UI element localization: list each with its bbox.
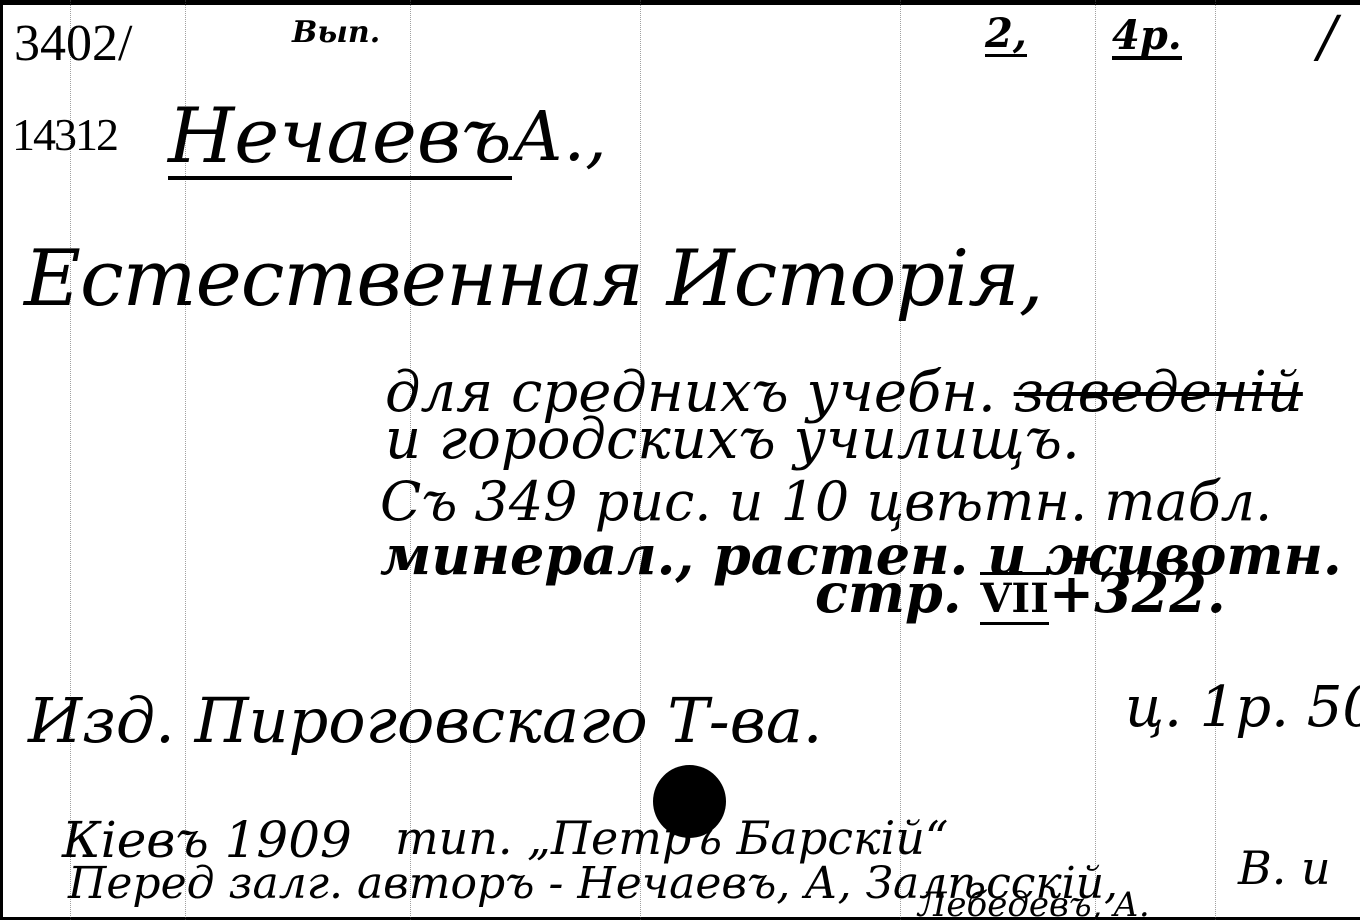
price: ц. 1р. 50к.	[1125, 680, 1360, 736]
card-left-edge	[0, 0, 3, 920]
subtitle-line-3: Съ 349 рис. и 10 цвѣтн. табл.	[380, 475, 1272, 529]
page-count-suffix: +322.	[1049, 561, 1226, 625]
author-surname: Нечаевъ	[168, 98, 512, 180]
imprint-line-2-end: В. и	[1238, 845, 1331, 891]
department-mark: Вып.	[292, 18, 380, 48]
imprint-addendum: Лебедевъ, А.	[918, 888, 1150, 920]
shelf-mark-3: /	[1318, 10, 1337, 66]
imprint-printer: тип. „Петръ Барскій“	[395, 815, 948, 861]
call-number-1: 3402/	[14, 18, 132, 70]
book-title: Естественная Исторія,	[24, 240, 1043, 318]
page-count-prefix: стр.	[815, 561, 962, 625]
call-number-2: 14312	[12, 112, 117, 158]
catalog-card: 3402/ 14312 Вып. 2, 4р. / Нечаевъ А., Ес…	[0, 0, 1360, 920]
card-top-edge	[0, 0, 1360, 5]
subtitle-line-2: и городскихъ училищъ.	[385, 412, 1080, 468]
author-initial: А.,	[512, 104, 607, 172]
shelf-mark-2: 4р.	[1112, 16, 1182, 60]
ruling-line	[1215, 0, 1216, 920]
publisher: Изд. Пироговскаго Т-ва.	[28, 690, 823, 752]
ruling-line	[1095, 0, 1096, 920]
page-count-roman: VII	[980, 572, 1048, 625]
shelf-mark-1: 2,	[985, 14, 1027, 57]
page-count: стр. VII+322.	[815, 566, 1226, 620]
